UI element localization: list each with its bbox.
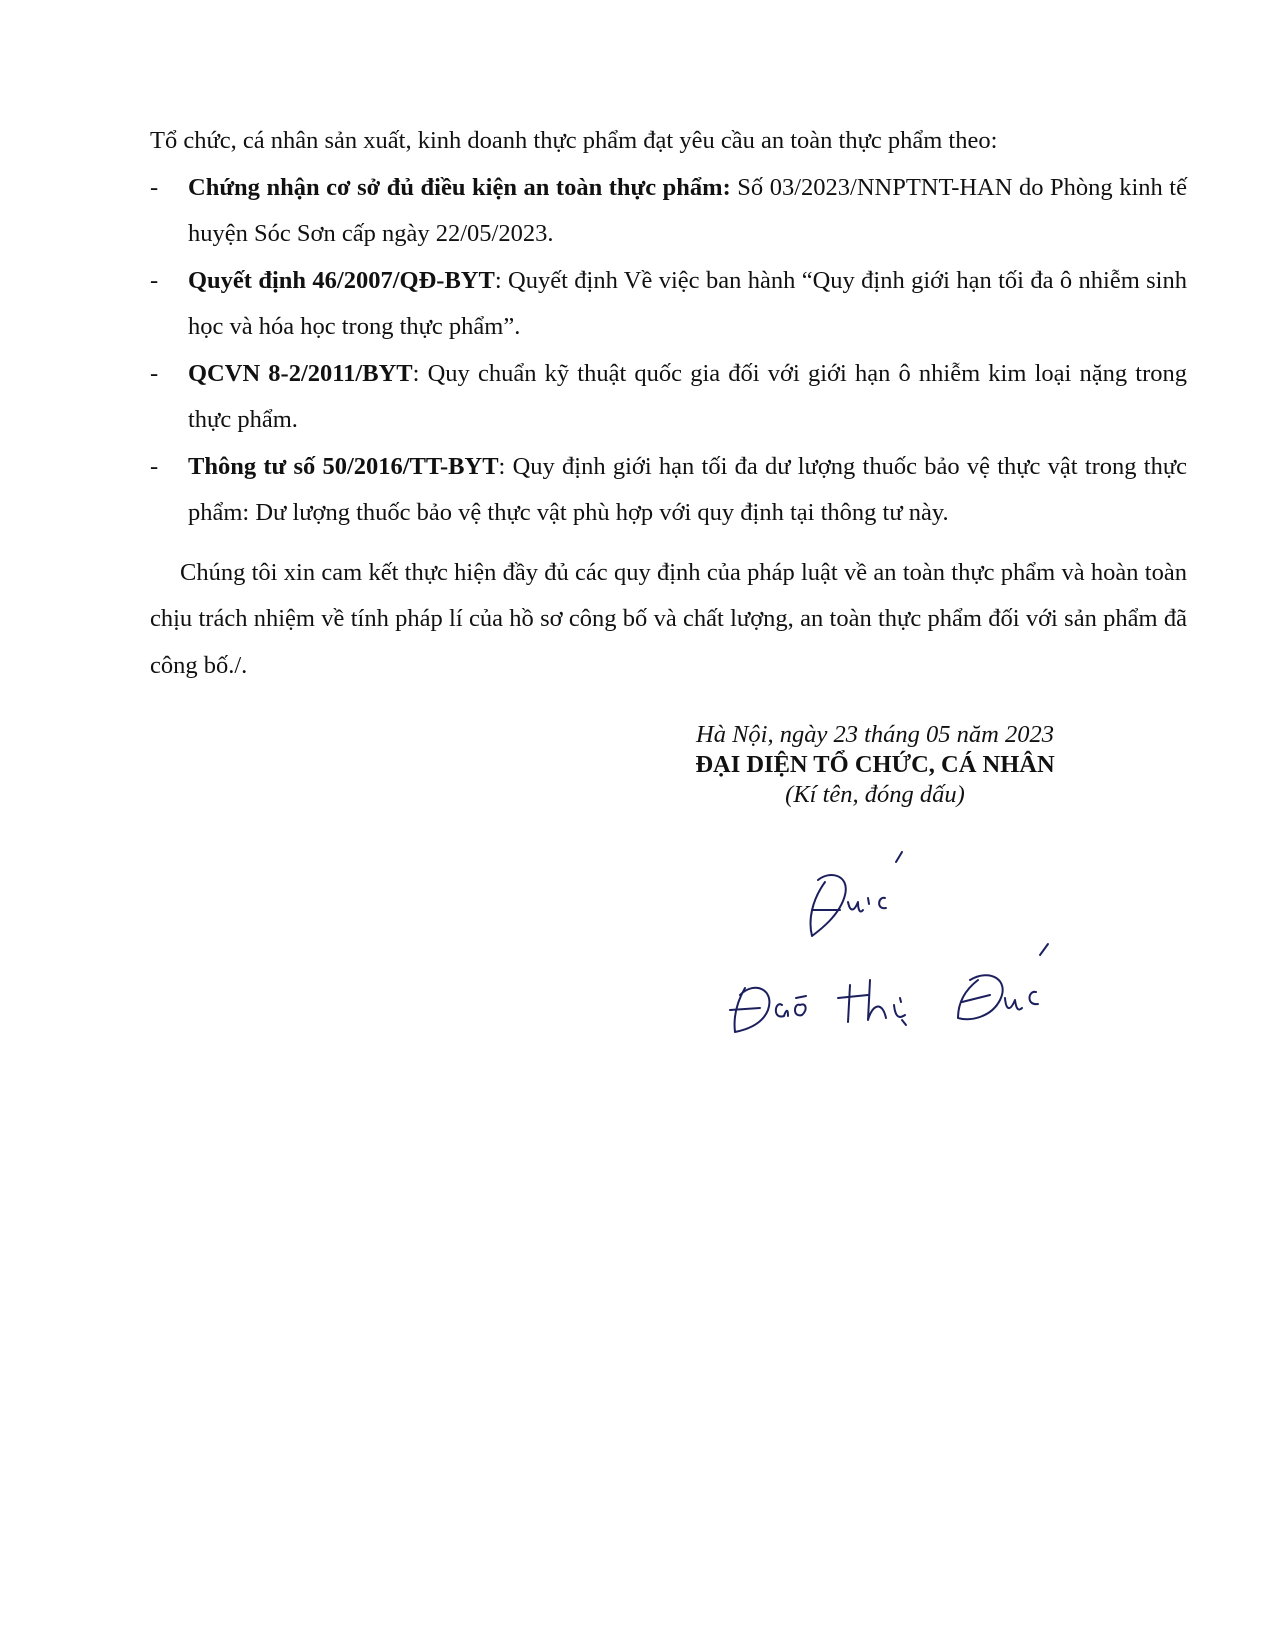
place-and-date: Hà Nội, ngày 23 tháng 05 năm 2023 xyxy=(640,720,1110,750)
representative-title: ĐẠI DIỆN TỔ CHỨC, CÁ NHÂN xyxy=(640,750,1110,780)
commitment-paragraph: Chúng tôi xin cam kết thực hiện đầy đủ c… xyxy=(150,550,1187,690)
regulation-title: Chứng nhận cơ sở đủ điều kiện an toàn th… xyxy=(188,174,731,201)
intro-paragraph: Tổ chức, cá nhân sản xuất, kinh doanh th… xyxy=(150,118,1187,165)
regulation-item-certificate: -Chứng nhận cơ sở đủ điều kiện an toàn t… xyxy=(150,165,1187,258)
bullet-dash: - xyxy=(150,165,170,212)
regulation-title: Quyết định 46/2007/QĐ-BYT xyxy=(188,267,495,294)
regulation-item-qcvn: -QCVN 8-2/2011/BYT: Quy chuẩn kỹ thuật q… xyxy=(150,351,1187,444)
regulation-title: Thông tư số 50/2016/TT-BYT xyxy=(188,453,499,480)
bullet-dash: - xyxy=(150,351,170,398)
regulation-title: QCVN 8-2/2011/BYT xyxy=(188,360,413,387)
signature-note: (Kí tên, đóng dấu) xyxy=(640,780,1110,810)
handwritten-signature xyxy=(700,840,1100,1040)
bullet-dash: - xyxy=(150,258,170,305)
regulation-list: -Chứng nhận cơ sở đủ điều kiện an toàn t… xyxy=(150,165,1187,537)
regulation-item-circular: -Thông tư số 50/2016/TT-BYT: Quy định gi… xyxy=(150,444,1187,537)
document-body: Tổ chức, cá nhân sản xuất, kinh doanh th… xyxy=(150,118,1187,689)
regulation-item-decision: -Quyết định 46/2007/QĐ-BYT: Quyết định V… xyxy=(150,258,1187,351)
bullet-dash: - xyxy=(150,444,170,491)
signature-block: Hà Nội, ngày 23 tháng 05 năm 2023 ĐẠI DI… xyxy=(640,720,1110,810)
